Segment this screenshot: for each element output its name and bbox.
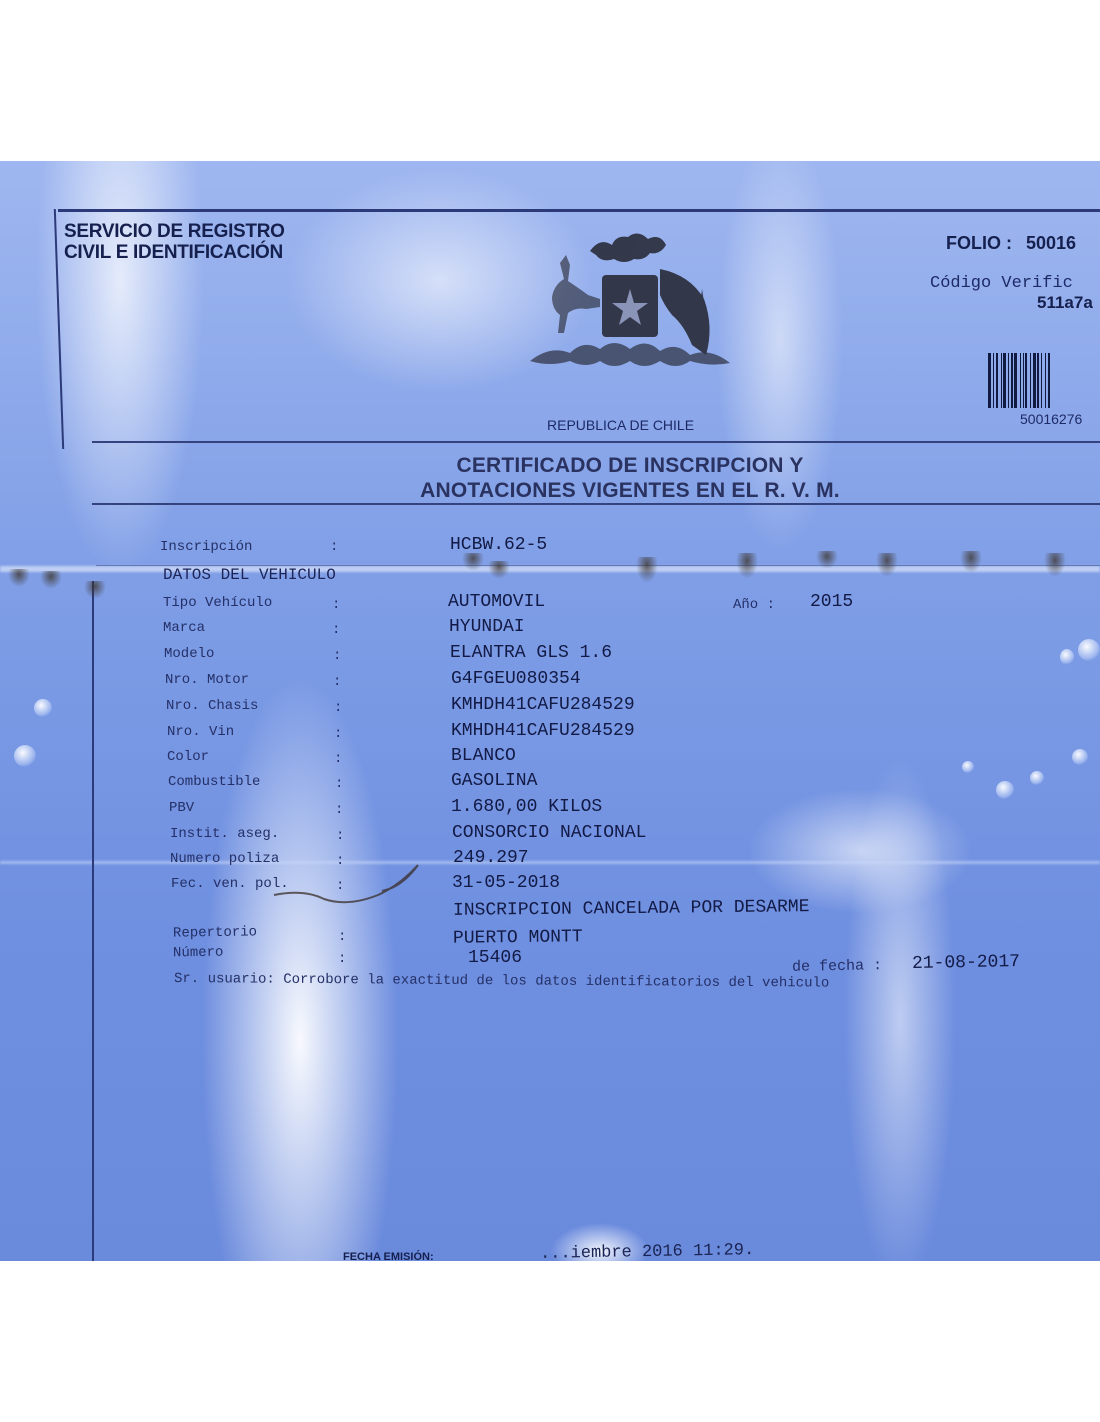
title-line-1: CERTIFICADO DE INSCRIPCION Y — [360, 453, 900, 478]
repertorio-label: Repertorio — [173, 924, 257, 941]
water-drop — [996, 781, 1014, 799]
water-drop — [34, 699, 52, 717]
field-label: Combustible — [168, 774, 260, 790]
stain — [816, 551, 838, 569]
field-separator: : — [334, 700, 342, 716]
field-value: GASOLINA — [451, 771, 537, 791]
field-value: ELANTRA GLS 1.6 — [450, 643, 612, 663]
field-label: Inscripción — [160, 539, 252, 555]
stain — [876, 553, 898, 577]
water-drop — [962, 761, 974, 773]
certificate-title: CERTIFICADO DE INSCRIPCION Y ANOTACIONES… — [360, 453, 900, 503]
water-drop — [14, 745, 36, 767]
field-value: 1.680,00 KILOS — [451, 797, 602, 817]
field-label: Modelo — [164, 646, 214, 662]
numero-label: Número — [173, 945, 224, 962]
year-value: 2015 — [810, 592, 853, 612]
stain — [462, 553, 484, 571]
registration-status: INSCRIPCION CANCELADA POR DESARME — [453, 897, 810, 921]
field-separator: : — [334, 726, 342, 742]
field-separator: : — [333, 674, 341, 690]
barcode-number: 50016276 — [1020, 411, 1082, 427]
field-value: AUTOMOVIL — [448, 592, 545, 612]
field-value: 31-05-2018 — [452, 873, 560, 893]
field-separator: : — [333, 648, 341, 664]
issue-date-value: ...iembre 2016 11:29. — [540, 1241, 755, 1261]
field-separator: : — [335, 776, 343, 792]
field-value: BLANCO — [451, 746, 516, 766]
field-label: Color — [167, 749, 209, 765]
field-label: Marca — [163, 620, 205, 636]
title-line-2: ANOTACIONES VIGENTES EN EL R. V. M. — [360, 478, 900, 503]
folio-value: 50016 — [1026, 233, 1076, 253]
water-drop — [1078, 639, 1100, 661]
date-value: 21-08-2017 — [912, 952, 1020, 974]
field-separator: : — [332, 597, 340, 613]
numero-value: 15406 — [468, 948, 522, 968]
registration-value: HCBW.62-5 — [450, 535, 547, 555]
fold-crease — [0, 861, 1100, 864]
chile-coat-of-arms-icon — [520, 233, 740, 393]
stain — [960, 551, 982, 573]
year-label: Año : — [733, 597, 775, 613]
water-drop — [1072, 749, 1088, 765]
field-label: Tipo Vehículo — [163, 595, 272, 611]
field-label: Nro. Vin — [167, 724, 234, 740]
field-label: Numero poliza — [170, 851, 279, 867]
stain — [40, 571, 62, 589]
field-value: KMHDH41CAFU284529 — [451, 721, 635, 741]
field-label: Nro. Chasis — [166, 698, 258, 714]
folio: FOLIO :50016 — [946, 233, 1076, 254]
field-label: Nro. Motor — [165, 672, 249, 688]
field-value: KMHDH41CAFU284529 — [451, 695, 635, 715]
field-value: G4FGEU080354 — [451, 669, 581, 689]
vehicle-section-title: DATOS DEL VEHICULO — [163, 566, 336, 584]
field-value: 249.297 — [453, 848, 529, 868]
agency-line-2: CIVIL E IDENTIFICACIÓN — [64, 242, 285, 263]
frame-border — [58, 209, 1100, 212]
field-separator: : — [330, 539, 338, 555]
barcode-icon — [988, 353, 1100, 408]
field-label: PBV — [169, 800, 194, 816]
field-separator: : — [332, 622, 340, 638]
stain — [636, 557, 658, 583]
verification-code: 511a7a — [1037, 293, 1093, 313]
water-drop — [1060, 649, 1074, 665]
verification-label: Código Verific — [930, 274, 1073, 293]
stain — [8, 569, 30, 587]
field-separator: : — [335, 802, 343, 818]
stain — [488, 561, 510, 579]
stain — [736, 553, 758, 579]
registration-row: Inscripción — [160, 537, 252, 555]
user-notice: Sr. usuario: Corrobore la exactitud de l… — [174, 971, 829, 992]
crest-caption: REPUBLICA DE CHILE — [547, 417, 694, 433]
frame-border — [54, 209, 64, 449]
stain — [1044, 553, 1066, 577]
field-label: Instit. aseg. — [170, 826, 279, 842]
divider — [92, 441, 1100, 443]
repertorio-value: PUERTO MONTT — [453, 927, 583, 948]
agency-line-1: SERVICIO DE REGISTRO — [64, 221, 285, 242]
ink-scratch — [270, 851, 440, 911]
field-separator: : — [336, 828, 344, 844]
water-drop — [1030, 771, 1044, 785]
field-separator: : — [338, 951, 346, 967]
issuing-agency: SERVICIO DE REGISTRO CIVIL E IDENTIFICAC… — [64, 221, 285, 263]
issue-date-label: FECHA EMISIÓN: — [343, 1251, 434, 1261]
field-separator: : — [334, 751, 342, 767]
stain — [84, 581, 106, 599]
field-separator: : — [338, 929, 346, 945]
document-photo: SERVICIO DE REGISTRO CIVIL E IDENTIFICAC… — [0, 161, 1100, 1261]
divider — [92, 503, 1100, 505]
date-label: de fecha : — [792, 957, 882, 976]
field-value: CONSORCIO NACIONAL — [452, 823, 646, 843]
frame-border — [92, 581, 94, 1261]
folio-label: FOLIO : — [946, 233, 1012, 253]
field-value: HYUNDAI — [449, 617, 525, 637]
